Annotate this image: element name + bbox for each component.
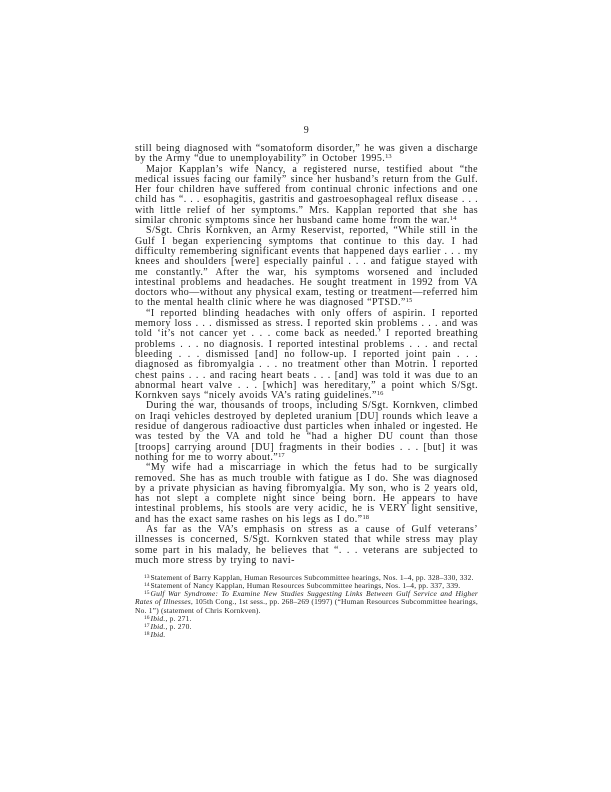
footnote-ref: 13 [385,153,392,160]
document-page: 9 still being diagnosed with “somatoform… [0,0,611,792]
footnote-ref: 16 [377,390,384,397]
footnote-ref: 15 [406,297,413,304]
footnote: 18Ibid. [135,631,478,639]
footnote-marker: 13 [144,574,150,580]
paragraph: During the war, thousands of troops, inc… [135,401,478,463]
footnotes-section: 13Statement of Barry Kapplan, Human Reso… [135,574,478,639]
paragraph: S/Sgt. Chris Kornkven, an Army Reservist… [135,226,478,308]
footnote-text: , p. 270. [165,622,191,631]
footnote-marker: 16 [144,615,150,621]
paragraph: “I reported blinding headaches with only… [135,309,478,402]
footnote-citation-italic: Ibid. [151,630,166,639]
body-text: still being diagnosed with “somatoform d… [135,144,478,566]
paragraph: As far as the VA’s emphasis on stress as… [135,525,478,566]
footnote-ref: 18 [363,514,370,521]
footnote-marker: 14 [144,582,150,588]
footnote: 17Ibid., p. 270. [135,623,478,631]
paragraph: Major Kapplan’s wife Nancy, a registered… [135,165,478,227]
text-column: 9 still being diagnosed with “somatoform… [135,126,478,639]
footnote-ref: 17 [278,452,285,459]
paragraph: still being diagnosed with “somatoform d… [135,144,478,165]
paragraph: “My wife had a miscarriage in which the … [135,463,478,525]
footnote-marker: 15 [144,590,150,596]
page-number: 9 [135,126,478,136]
footnote: 15Gulf War Syndrome: To Examine New Stud… [135,590,478,614]
footnote-ref: 14 [450,215,457,222]
footnote-marker: 18 [144,631,150,637]
footnote-marker: 17 [144,623,150,629]
